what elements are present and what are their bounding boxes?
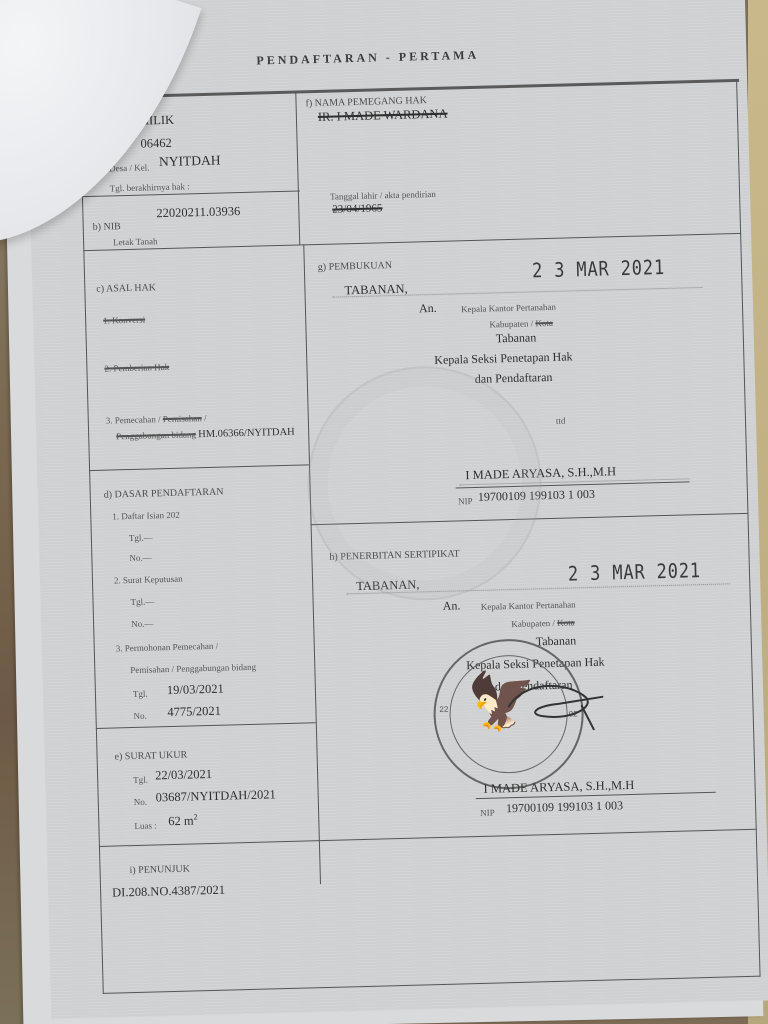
- letak-tanah-label: Letak Tanah: [113, 236, 158, 247]
- tgl-label: Tgl.: [129, 533, 144, 543]
- asal-hak-item-konversi: 1. Konversi: [103, 315, 145, 326]
- tgl-value: —: [143, 532, 152, 542]
- asal-hak-item3-struck: Pemisahan: [163, 413, 202, 424]
- ttd-label: ttd: [556, 416, 566, 426]
- permohonan-no-label: No.: [133, 711, 147, 721]
- tgl-berakhir-label: Tgl. berakhirnya hak :: [110, 181, 190, 193]
- tgl-value: —: [145, 596, 154, 606]
- kota-struck: Kota: [535, 318, 553, 328]
- luas-label: Luas :: [134, 820, 157, 831]
- surat-ukur-no-label: No.: [134, 797, 148, 807]
- pembukuan-label: g) PEMBUKUAN: [318, 260, 392, 273]
- certificate-page: PENDAFTARAN - PERTAMA Halaman : a) HAK M…: [25, 0, 768, 1019]
- surat-ukur-tgl-label: Tgl.: [133, 775, 148, 785]
- pembukuan-date-stamp: 2 3 MAR 2021: [532, 255, 666, 282]
- no-value: —: [144, 618, 153, 628]
- tabanan-label: Tabanan: [496, 330, 537, 346]
- penerbitan-date-stamp: 2 3 MAR 2021: [568, 558, 702, 585]
- nip-value: 19700109 199103 1 003: [506, 798, 623, 816]
- seal-number-left: 22: [439, 705, 448, 714]
- luas-unit-sup: 2: [193, 812, 197, 821]
- surat-ukur-tgl-value: 22/03/2021: [155, 767, 212, 783]
- an-label: An.: [443, 598, 461, 613]
- permohonan-tgl-value: 19/03/2021: [167, 682, 224, 698]
- kabupaten-label: Kabupaten /: [489, 318, 533, 329]
- an-label: An.: [419, 301, 437, 316]
- nib-label: b) NIB: [93, 221, 121, 233]
- kota-struck: Kota: [557, 617, 575, 627]
- surat-keputusan-label: 2. Surat Keputusan: [114, 574, 183, 586]
- daftar-isian-label: 1. Daftar Isian 202: [112, 510, 180, 522]
- luas-value: 62 m: [168, 814, 194, 829]
- birth-value: 23/04/1965: [332, 202, 382, 215]
- asal-hak-label: c) ASAL HAK: [96, 282, 156, 295]
- asal-hak-item-pemberian: 2. Pemberian Hak: [104, 362, 169, 374]
- no-label: No.: [131, 619, 145, 629]
- asal-hak-item3-line2: Penggabungan bidang: [116, 429, 196, 441]
- surat-ukur-no-value: 03687/NYITDAH/2021: [155, 787, 275, 805]
- permohonan-no-value: 4775/2021: [167, 704, 221, 720]
- handwritten-signature-icon: [503, 674, 615, 737]
- penunjuk-value: DI.208.NO.4387/2021: [112, 883, 225, 901]
- nip-label: NIP: [480, 808, 495, 818]
- desa-value: NYITDAH: [159, 153, 221, 171]
- tgl-label: Tgl.: [130, 597, 145, 607]
- asal-hak-item3-prefix: 3. Pemecahan /: [106, 414, 161, 425]
- permohonan-tgl-label: Tgl.: [133, 689, 148, 699]
- no-value: —: [143, 552, 152, 562]
- no-value: 06462: [140, 136, 172, 152]
- no-label: No.: [129, 553, 143, 563]
- surat-ukur-label: e) SURAT UKUR: [114, 750, 187, 763]
- kabupaten-label: Kabupaten /: [511, 618, 555, 629]
- nib-value: 22020211.03936: [156, 204, 240, 221]
- document-title: PENDAFTARAN - PERTAMA: [256, 48, 479, 69]
- asal-hak-item3-suffix: /: [202, 413, 207, 423]
- penunjuk-label: i) PENUNJUK: [129, 864, 190, 877]
